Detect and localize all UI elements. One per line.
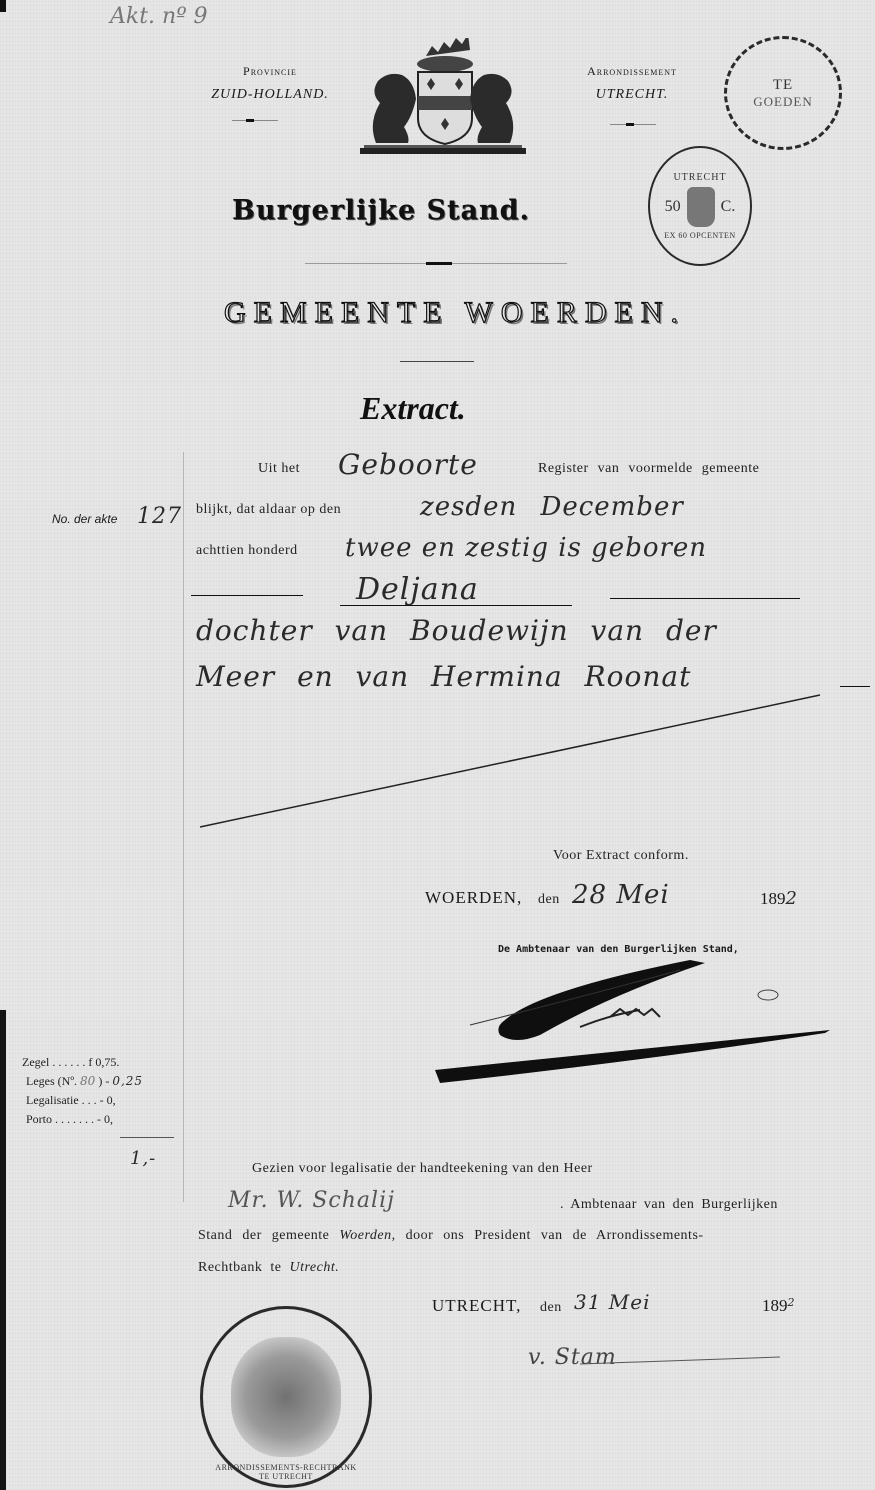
province-value: ZUID-HOLLAND.: [190, 87, 350, 103]
stamp-text: EX 60 OPCENTEN: [664, 231, 735, 240]
line4-prefix: Rechtbank te: [198, 1260, 281, 1275]
stamp-text: TE: [773, 77, 793, 94]
body-line1-suffix: Register van voormelde gemeente: [538, 461, 759, 477]
name-underline: [340, 605, 572, 606]
fee-label: ) -: [98, 1074, 109, 1088]
header-arrondissement: Arrondissement UTRECHT.: [562, 64, 702, 103]
body-line3-prefix: achttien honderd: [196, 543, 298, 559]
legalisation-line4: Rechtbank te Utrecht.: [198, 1260, 339, 1276]
fee-row-zegel: Zegel . . . . . . f 0,75.: [22, 1053, 182, 1072]
seal-text: ARRONDISSEMENTS-RECHTBANK TE UTRECHT: [213, 1463, 359, 1481]
crown-icon: [687, 187, 715, 227]
tax-stamp: UTRECHT 50 C. EX 60 OPCENTEN: [648, 146, 752, 266]
fees-total: 1,-: [130, 1148, 156, 1169]
arrondissement-label: Arrondissement: [562, 64, 702, 79]
legalisation-place: UTRECHT,: [432, 1296, 521, 1316]
document-page: Akt. nº 9 Provincie ZUID-HOLLAND. Arrond…: [0, 0, 875, 1490]
divider: [426, 262, 452, 265]
fee-row-porto: Porto . . . . . . . - 0,: [22, 1110, 182, 1129]
coat-of-arms-icon: [356, 38, 530, 158]
line3-prefix: Stand der gemeente: [198, 1228, 329, 1243]
fill-line: [840, 686, 870, 687]
birth-year: twee en zestig is geboren: [345, 533, 707, 563]
legalisation-line2: . Ambtenaar van den Burgerlijken: [560, 1197, 778, 1213]
parents-line1: dochter van Boudewijn van der: [196, 614, 717, 647]
fill-line: [610, 598, 800, 599]
conform-label: Voor Extract conform.: [553, 848, 689, 864]
pencil-note: Akt. nº 9: [110, 4, 208, 29]
stamp-text: C.: [721, 198, 736, 216]
official-label: De Ambtenaar van den Burgerlijken Stand,: [498, 944, 739, 955]
court-city-italic: Utrecht.: [289, 1260, 339, 1275]
fee-row-legalisatie: Legalisatie . . . - 0,: [22, 1091, 182, 1110]
year-print: 189: [762, 1296, 788, 1315]
legalisation-den: den: [540, 1300, 562, 1316]
register-type: Geboorte: [338, 448, 478, 481]
legalisation-date: 31 Mei: [574, 1290, 651, 1314]
fee-row-leges: Leges (Nº. 80 ) - 0,25: [22, 1072, 182, 1091]
divider: [400, 361, 474, 362]
parents-line2: Meer en van Hermina Roonat: [196, 660, 691, 693]
scan-edge: [0, 1010, 6, 1490]
header-province: Provincie ZUID-HOLLAND.: [190, 64, 350, 103]
municipality-title: GEMEENTE WOERDEN.: [145, 296, 765, 330]
stamp-text: UTRECHT: [673, 172, 726, 183]
divider: [626, 123, 634, 126]
year-written: 2: [788, 1296, 796, 1309]
fees-table: Zegel . . . . . . f 0,75. Leges (Nº. 80 …: [22, 1053, 182, 1129]
fees-total-rule: [120, 1137, 174, 1138]
fill-line: [191, 595, 303, 596]
fee-value: 0,: [107, 1093, 116, 1107]
fee-value: 0,25: [112, 1074, 143, 1088]
fee-value: 0,: [104, 1112, 113, 1126]
arrondissement-value: UTRECHT.: [562, 87, 702, 103]
strike-line: [180, 690, 840, 830]
stamp-text: 50: [665, 198, 681, 216]
municipality-italic: Woerden,: [339, 1228, 395, 1243]
conform-year: 1892: [760, 888, 798, 909]
fee-label: Leges (Nº.: [26, 1074, 77, 1088]
doc-type-title: Extract.: [360, 390, 466, 427]
line3-suffix: door ons President van de Arrondissement…: [406, 1228, 704, 1243]
child-name: Deljana: [356, 572, 479, 607]
official-signature: [430, 955, 850, 1085]
president-signature: v. Stam: [528, 1345, 617, 1370]
fee-label: Zegel . . . . . .: [22, 1055, 85, 1069]
fee-label: Porto . . . . . . . -: [26, 1112, 101, 1126]
legalisation-line3: Stand der gemeente Woerden, door ons Pre…: [198, 1228, 848, 1244]
scan-edge: [0, 0, 6, 12]
legalisation-year: 1892: [762, 1296, 796, 1316]
divider: [246, 119, 254, 122]
title-burgerlijke-stand: Burgerlijke Stand.: [232, 195, 652, 226]
legalisation-line1: Gezien voor legalisatie der handteekenin…: [252, 1161, 593, 1177]
conform-place: WOERDEN,: [425, 888, 522, 908]
akte-number: 127: [137, 504, 182, 529]
akte-label: No. der akte: [52, 512, 117, 526]
fee-label: Legalisatie . . . -: [26, 1093, 104, 1107]
conform-den: den: [538, 892, 560, 908]
fee-number: 80: [80, 1074, 95, 1088]
legalisation-signatory: Mr. W. Schalij: [228, 1188, 395, 1213]
body-line1-prefix: Uit het: [258, 461, 300, 477]
body-line2-prefix: blijkt, dat aldaar op den: [196, 502, 341, 518]
fee-value: f 0,75.: [88, 1055, 119, 1069]
year-written: 2: [786, 888, 798, 909]
court-seal: ARRONDISSEMENTS-RECHTBANK TE UTRECHT: [200, 1306, 372, 1488]
seal-emblem-icon: [231, 1337, 341, 1457]
postmark-stamp: TE GOEDEN: [724, 36, 842, 150]
birth-date: zesden December: [420, 492, 684, 522]
stamp-text: GOEDEN: [753, 94, 812, 110]
year-print: 189: [760, 889, 786, 908]
divider: [232, 120, 278, 121]
conform-date: 28 Mei: [572, 880, 670, 910]
province-label: Provincie: [190, 64, 350, 79]
